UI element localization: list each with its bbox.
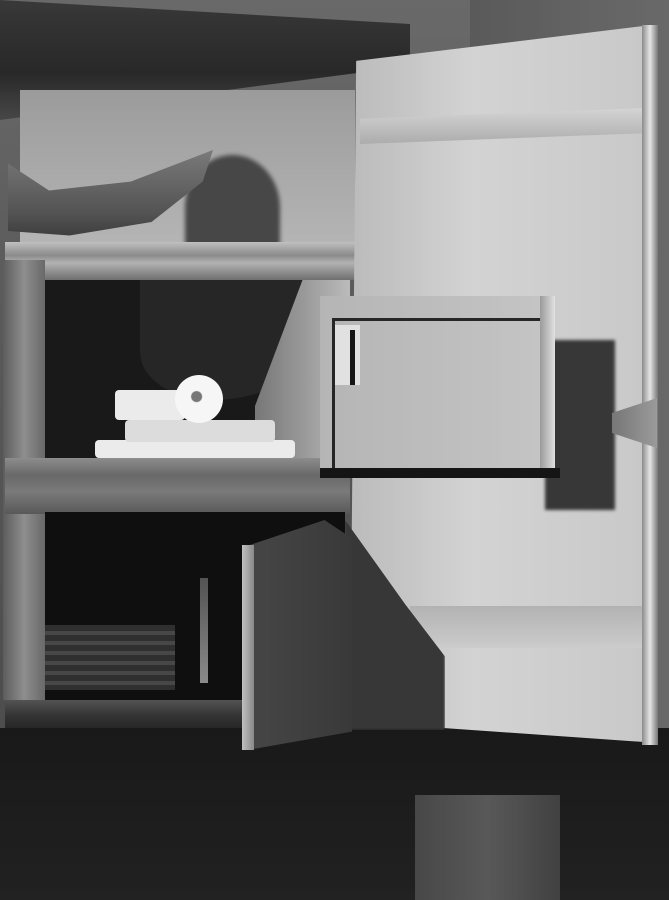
middle-door-shadow [320,468,560,478]
cup [175,375,223,423]
latch-icon [350,330,355,385]
lower-door-edge [242,545,254,750]
recessed-panel [332,318,543,469]
bottom-rail [5,700,250,728]
middle-shelf [5,458,350,514]
stacked-china [95,365,295,460]
plate [95,440,295,458]
lower-cabinet [0,728,669,900]
candlestick [200,578,208,683]
lower-small-door [242,520,352,750]
base-block [415,795,560,900]
door-edge [642,25,658,745]
door-shadow [545,340,615,510]
latch-plate [335,325,360,385]
door-rail-bottom [410,606,645,648]
middle-door-edge [540,296,555,472]
top-shelf [5,242,355,280]
plate [125,420,275,442]
cupboard-photo: Painted wooden wall cupboard with open d… [0,0,669,900]
books [45,625,175,690]
